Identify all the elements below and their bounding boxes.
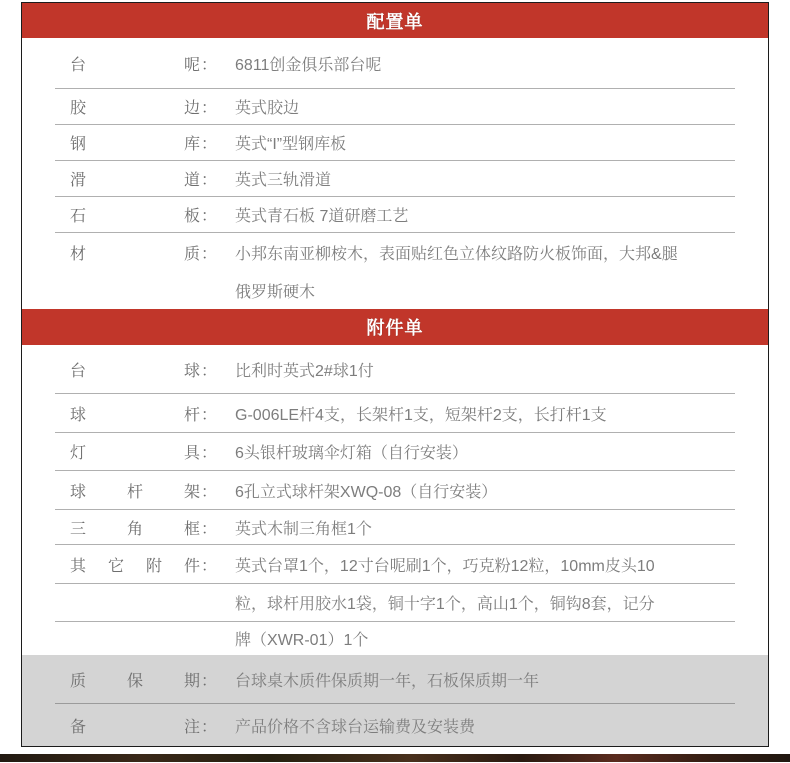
accessories-section-header: 附件单: [22, 309, 768, 345]
row-label: 球杆架: [70, 479, 200, 502]
row-slide-rail: 滑道 ： 英式三轨滑道: [22, 161, 768, 196]
row-value: G-006LE杆4支，长架杆1支，短架杆2支，长打杆1支: [235, 402, 607, 425]
row-rubber: 胶边 ： 英式胶边: [22, 89, 768, 124]
row-colon: ：: [201, 479, 217, 502]
row-value: 台球桌木质件保质期一年，石板保质期一年: [235, 668, 539, 691]
warranty-note-block: 质保期 ： 台球桌木质件保质期一年，石板保质期一年 备注 ： 产品价格不含球台运…: [22, 655, 768, 746]
row-colon: ：: [201, 167, 217, 190]
row-label: 其它附件: [70, 553, 200, 576]
row-cues: 球杆 ： G-006LE杆4支，长架杆1支，短架杆2支，长打杆1支: [22, 394, 768, 432]
row-colon: ：: [201, 668, 217, 691]
row-value-line: 俄罗斯硬木: [235, 279, 315, 302]
config-section-header: 配置单: [22, 3, 768, 38]
row-value-line: 英式台罩1个，12寸台呢刷1个，巧克粉12粒，10mm皮头10: [235, 553, 655, 576]
row-colon: ：: [201, 714, 217, 737]
row-value-line: 牌（XWR-01）1个: [235, 627, 368, 650]
row-value: 英式三轨滑道: [235, 167, 331, 190]
spec-sheet-panel: 配置单 台呢 ： 6811创金俱乐部台呢 胶边 ： 英式胶边 钢库 ： 英式“I…: [21, 2, 769, 747]
row-value: 英式“I”型钢库板: [235, 131, 346, 154]
row-value-line: 粒，球杆用胶水1袋，铜十字1个，高山1个，铜钩8套，记分: [235, 591, 655, 614]
row-colon: ：: [201, 516, 217, 539]
row-colon: ：: [201, 203, 217, 226]
row-label: 钢库: [70, 131, 200, 154]
row-colon: ：: [201, 553, 217, 576]
row-cue-rack: 球杆架 ： 6孔立式球杆架XWQ-08（自行安装）: [22, 471, 768, 509]
row-label: 石板: [70, 203, 200, 226]
row-value: 比利时英式2#球1付: [235, 358, 374, 381]
row-label: 台球: [70, 358, 200, 381]
row-warranty: 质保期 ： 台球桌木质件保质期一年，石板保质期一年: [22, 655, 768, 703]
row-label: 滑道: [70, 167, 200, 190]
row-value: 6811创金俱乐部台呢: [235, 52, 381, 75]
row-label: 三角框: [70, 516, 200, 539]
row-colon: ：: [201, 440, 217, 463]
row-label: 胶边: [70, 95, 200, 118]
row-other-accessories: 其它附件 ： 英式台罩1个，12寸台呢刷1个，巧克粉12粒，10mm皮头10 ：…: [22, 545, 768, 655]
row-value: 6头银杆玻璃伞灯箱（自行安装）: [235, 440, 468, 463]
row-label: 灯具: [70, 440, 200, 463]
row-triangle: 三角框 ： 英式木制三角框1个: [22, 510, 768, 544]
row-value: 6孔立式球杆架XWQ-08（自行安装）: [235, 479, 497, 502]
row-slate: 石板 ： 英式青石板 7道研磨工艺: [22, 197, 768, 232]
row-value: 英式胶边: [235, 95, 299, 118]
row-remark: 备注 ： 产品价格不含球台运输费及安装费: [22, 704, 768, 746]
row-colon: ：: [201, 241, 217, 264]
row-colon: ：: [201, 95, 217, 118]
row-value: 产品价格不含球台运输费及安装费: [235, 714, 475, 737]
row-colon: ：: [201, 52, 217, 75]
config-section-title: 配置单: [367, 8, 424, 34]
row-label: 台呢: [70, 52, 200, 75]
row-lamp: 灯具 ： 6头银杆玻璃伞灯箱（自行安装）: [22, 433, 768, 470]
row-label: 备注: [70, 714, 200, 737]
row-colon: ：: [201, 358, 217, 381]
accessories-section-title: 附件单: [367, 314, 424, 340]
row-label: 质保期: [70, 668, 200, 691]
row-balls: 台球 ： 比利时英式2#球1付: [22, 345, 768, 393]
product-photo-edge: [0, 754, 790, 762]
row-value: 英式木制三角框1个: [235, 516, 372, 539]
row-colon: ：: [201, 402, 217, 425]
row-steel-cushion: 钢库 ： 英式“I”型钢库板: [22, 125, 768, 160]
row-value-line: 小邦东南亚柳桉木，表面贴红色立体纹路防火板饰面，大邦&腿: [235, 241, 678, 264]
row-cloth: 台呢 ： 6811创金俱乐部台呢: [22, 38, 768, 88]
row-label: 球杆: [70, 402, 200, 425]
row-material: 材质 ： 小邦东南亚柳桉木，表面贴红色立体纹路防火板饰面，大邦&腿 ： 俄罗斯硬…: [22, 233, 768, 309]
row-value: 英式青石板 7道研磨工艺: [235, 203, 408, 226]
row-label: 材质: [70, 241, 200, 264]
row-colon: ：: [201, 131, 217, 154]
